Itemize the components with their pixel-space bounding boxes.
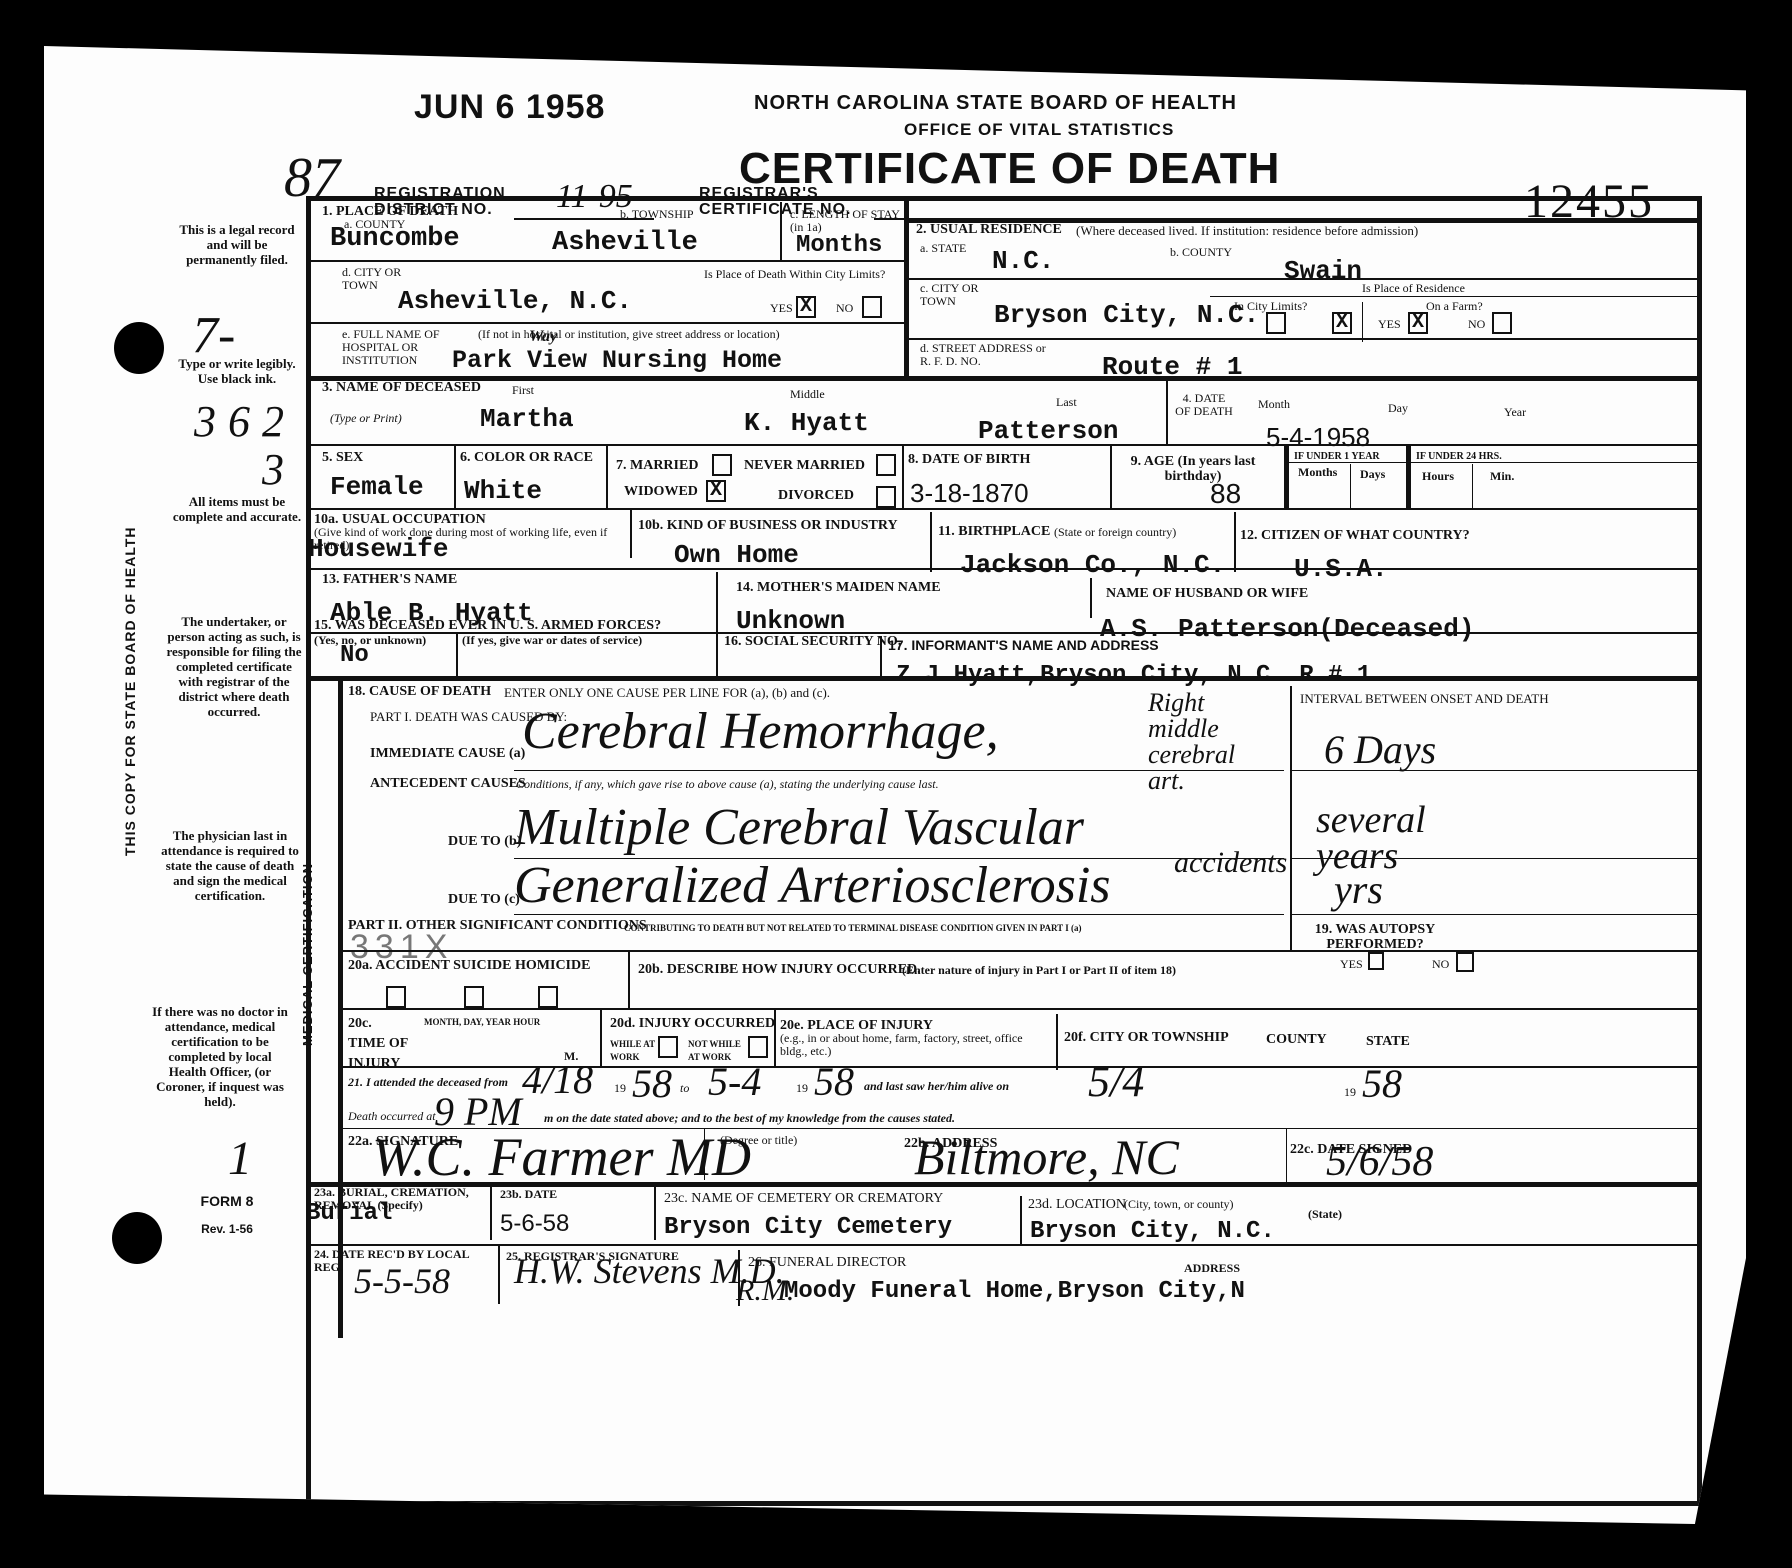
death-county-value: Buncombe xyxy=(330,224,460,254)
attended-from-value: 4/18 xyxy=(522,1056,593,1103)
autopsy-no-checkbox[interactable] xyxy=(1456,952,1474,972)
usual-residence-label: 2. USUAL RESIDENCE xyxy=(916,222,1062,237)
cause-of-death-label: 18. CAUSE OF DEATH xyxy=(348,684,491,699)
undertaker-note: The undertaker, or person acting as such… xyxy=(164,614,304,719)
date-of-death-value: 5-4-1958 xyxy=(1266,422,1370,453)
length-of-stay-value: Months xyxy=(796,232,882,259)
disposition-value: Burial xyxy=(306,1200,392,1227)
form-revision: Rev. 1-56 xyxy=(162,1222,292,1237)
birthplace-value: Jackson Co., N.C. xyxy=(960,550,1225,580)
interval-a-value: 6 Days xyxy=(1324,726,1436,773)
while-at-work-checkbox[interactable] xyxy=(658,1036,678,1058)
homicide-checkbox[interactable] xyxy=(538,986,558,1008)
residence-on-farm-yes-checkbox[interactable]: X xyxy=(1408,312,1428,334)
institution-label: e. FULL NAME OF HOSPITAL OR INSTITUTION xyxy=(342,328,442,367)
township-label: b. TOWNSHIP xyxy=(620,208,694,221)
immediate-cause-value: Cerebral Hemorrhage, xyxy=(522,702,999,761)
within-city-yes-checkbox[interactable]: X xyxy=(796,296,816,318)
date-signed-value: 5/6/58 xyxy=(1326,1138,1433,1186)
residence-city-value: Bryson City, N.C. xyxy=(994,300,1259,330)
punch-hole xyxy=(112,1212,162,1264)
date-received-value: 5-5-58 xyxy=(354,1260,450,1302)
institution-correction: Way xyxy=(529,328,557,346)
interval-b-value: several years xyxy=(1316,802,1476,874)
physician-address: Biltmore, NC xyxy=(914,1128,1179,1186)
within-city-no-checkbox[interactable] xyxy=(862,296,882,318)
due-to-b-value: Multiple Cerebral Vascular xyxy=(514,798,1084,857)
accident-checkbox[interactable] xyxy=(386,986,406,1008)
not-while-at-work-checkbox[interactable] xyxy=(748,1036,768,1058)
married-checkbox[interactable] xyxy=(712,454,732,476)
interval-label: INTERVAL BETWEEN ONSET AND DEATH xyxy=(1300,692,1549,705)
usual-residence-hint: (Where deceased lived. If institution: r… xyxy=(1076,224,1418,237)
death-certificate-paper: JUN 6 1958 87 NORTH CAROLINA STATE BOARD… xyxy=(44,46,1746,1524)
agency-name: NORTH CAROLINA STATE BOARD OF HEALTH xyxy=(754,92,1237,115)
due-to-b-note: accidents xyxy=(1174,846,1287,880)
physician-signature: W.C. Farmer MD xyxy=(372,1126,751,1188)
punch-hole xyxy=(114,322,164,374)
no-doctor-note: If there was no doctor in attendance, me… xyxy=(150,1004,290,1109)
occupation-value: Housewife xyxy=(308,534,448,564)
margin-mark: 1 xyxy=(228,1131,252,1186)
within-city-limits-label: Is Place of Death Within City Limits? xyxy=(704,268,904,281)
divorced-checkbox[interactable] xyxy=(876,486,896,508)
legal-record-note: This is a legal record and will be perma… xyxy=(172,222,302,267)
date-of-birth-value: 3-18-1870 xyxy=(910,478,1029,509)
received-date-stamp: JUN 6 1958 xyxy=(414,88,605,127)
complete-items-note: All items must be complete and accurate. xyxy=(172,494,302,524)
deceased-middle-name: K. Hyatt xyxy=(744,408,869,438)
due-to-c-value: Generalized Arteriosclerosis xyxy=(514,856,1111,915)
residence-in-city-yes-checkbox[interactable] xyxy=(1266,312,1286,334)
deceased-first-name: Martha xyxy=(480,404,574,434)
residence-in-city-no-checkbox[interactable]: X xyxy=(1332,312,1352,334)
armed-forces-value: No xyxy=(340,642,369,669)
state-copy-vertical-label: THIS COPY FOR STATE BOARD OF HEALTH xyxy=(122,526,138,856)
city-label: d. CITY OR TOWN xyxy=(342,266,402,292)
form-number: FORM 8 xyxy=(162,1194,292,1209)
margin-mark: 362 xyxy=(194,396,296,447)
attended-to-value: 5-4 xyxy=(708,1058,761,1105)
burial-location-value: Bryson City, N.C. xyxy=(1030,1218,1275,1245)
deceased-last-name: Patterson xyxy=(978,416,1118,446)
residence-on-farm-no-checkbox[interactable] xyxy=(1492,312,1512,334)
autopsy-yes-checkbox[interactable] xyxy=(1368,952,1384,970)
death-city-value: Asheville, N.C. xyxy=(398,286,632,316)
business-value: Own Home xyxy=(674,540,799,570)
institution-hint: (If not in hospital or institution, give… xyxy=(478,328,780,341)
interval-c-value: yrs xyxy=(1334,866,1383,913)
sex-value: Female xyxy=(330,472,424,502)
burial-date-value: 5-6-58 xyxy=(500,1210,569,1238)
cemetery-value: Bryson City Cemetery xyxy=(664,1214,952,1241)
institution-value: Park View Nursing Home xyxy=(452,346,782,375)
residence-county-value: Swain xyxy=(1284,256,1362,286)
physician-note: The physician last in attendance is requ… xyxy=(160,828,300,903)
last-saw-alive-year: 58 xyxy=(1362,1060,1402,1107)
suicide-checkbox[interactable] xyxy=(464,986,484,1008)
never-married-checkbox[interactable] xyxy=(876,454,896,476)
funeral-director-value: Moody Funeral Home,Bryson City,N xyxy=(784,1278,1245,1305)
attended-from-year: 58 xyxy=(632,1060,672,1107)
attended-to-year: 58 xyxy=(814,1058,854,1105)
age-value: 88 xyxy=(1210,478,1241,510)
length-of-stay-label: c. LENGTH OF STAY (in 1a) xyxy=(790,208,900,234)
margin-mark: 3 xyxy=(262,444,284,495)
ink-instruction-note: Type or write legibly. Use black ink. xyxy=(172,356,302,386)
last-saw-alive-value: 5/4 xyxy=(1088,1056,1144,1107)
widowed-checkbox[interactable]: X xyxy=(706,480,726,502)
immediate-cause-note: Right middle cerebral art. xyxy=(1148,690,1268,794)
residence-state-value: N.C. xyxy=(992,246,1054,276)
office-name: OFFICE OF VITAL STATISTICS xyxy=(904,120,1174,140)
race-value: White xyxy=(464,476,542,506)
death-township-value: Asheville xyxy=(552,228,698,258)
medical-certification-vertical-label: MEDICAL CERTIFICATION xyxy=(300,863,315,1046)
